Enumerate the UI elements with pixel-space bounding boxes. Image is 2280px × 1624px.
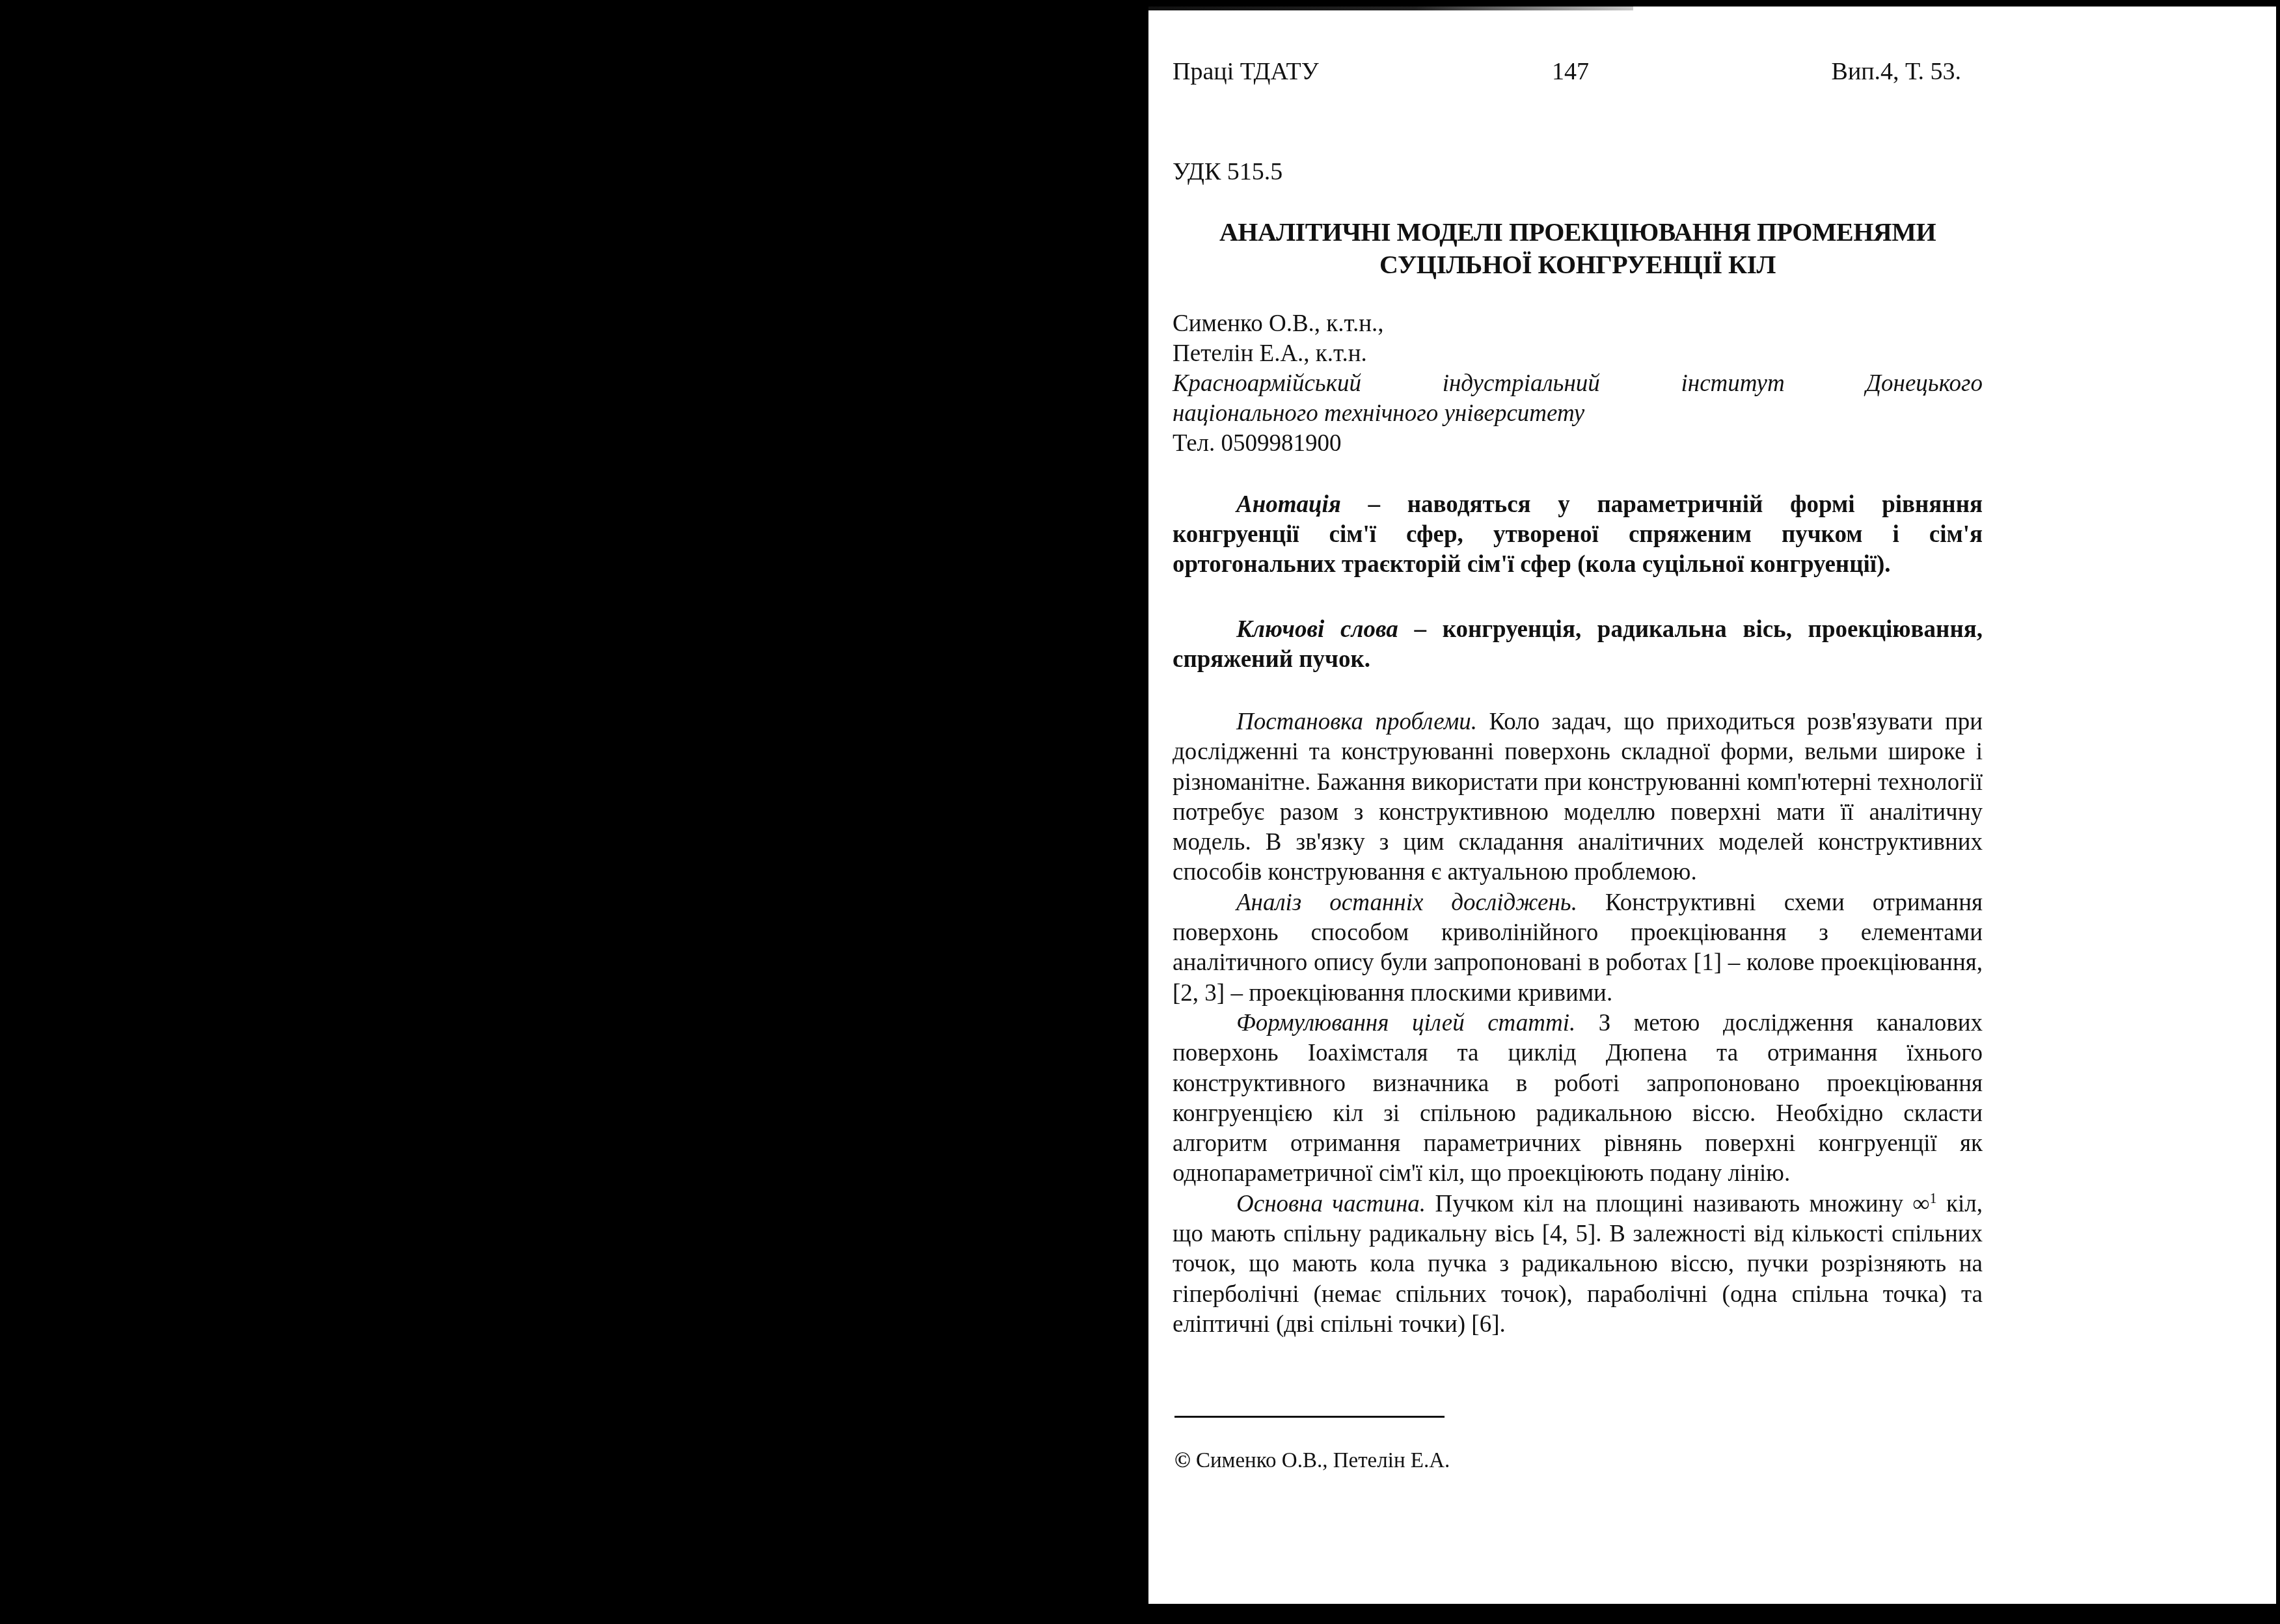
affiliation-word: інститут [1681, 369, 1785, 399]
phone: Тел. 0509981900 [1173, 429, 1983, 459]
affiliation-line-2: національного технічного університету [1173, 399, 1983, 429]
udk-code: УДК 515.5 [1173, 157, 1282, 186]
abstract: Анотація – наводяться у параметричній фо… [1173, 490, 1983, 580]
footnote-rule [1174, 1416, 1445, 1418]
section-text: Пучком кіл на площині називають множину … [1426, 1191, 1929, 1217]
article-title: АНАЛІТИЧНІ МОДЕЛІ ПРОЕКЦІЮВАННЯ ПРОМЕНЯМ… [1173, 216, 1983, 281]
title-line-2: СУЦІЛЬНОЇ КОНГРУЕНЦІЇ КІЛ [1173, 249, 1983, 281]
copyright-icon: © [1174, 1449, 1191, 1472]
copyright-footnote: © Сименко О.В., Петелін Е.А. [1174, 1448, 1450, 1474]
authors-block: Сименко О.В., к.т.н., Петелін Е.А., к.т.… [1173, 309, 1983, 459]
section-main-part: Основна частина. Пучком кіл на площині н… [1173, 1189, 1983, 1340]
issue-info: Вип.4, Т. 53. [1832, 57, 1961, 86]
section-literature-review: Аналіз останніх досліджень. Конструктивн… [1173, 888, 1983, 1008]
section-problem-statement: Постановка проблеми. Коло задач, що прих… [1173, 707, 1983, 888]
abstract-label: Анотація [1236, 491, 1341, 518]
section-objectives: Формулювання цілей статті. З метою дослі… [1173, 1008, 1983, 1189]
section-label: Постановка проблеми. [1236, 709, 1477, 735]
scan-right-edge [2276, 7, 2280, 1604]
section-label: Формулювання цілей статті. [1236, 1010, 1575, 1036]
journal-name: Праці ТДАТУ [1173, 57, 1319, 86]
keywords-label: Ключові слова [1236, 616, 1398, 643]
author-1: Сименко О.В., к.т.н., [1173, 309, 1983, 339]
section-label: Основна частина. [1236, 1191, 1426, 1217]
affiliation-word: Донецького [1866, 369, 1983, 399]
affiliation-word: Красноармійський [1173, 369, 1361, 399]
article-body: Постановка проблеми. Коло задач, що прих… [1173, 707, 1983, 1340]
copyright-text: Сименко О.В., Петелін Е.А. [1191, 1449, 1450, 1472]
affiliation-line-1: Красноармійський індустріальний інститут… [1173, 369, 1983, 399]
superscript: 1 [1930, 1189, 1937, 1206]
author-2: Петелін Е.А., к.т.н. [1173, 339, 1983, 369]
keywords: Ключові слова – конгруенція, радикальна … [1173, 615, 1983, 675]
section-label: Аналіз останніх досліджень. [1236, 889, 1577, 916]
affiliation-word: індустріальний [1443, 369, 1600, 399]
title-line-1: АНАЛІТИЧНІ МОДЕЛІ ПРОЕКЦІЮВАННЯ ПРОМЕНЯМ… [1173, 216, 1983, 249]
page-number: 147 [1552, 57, 1589, 86]
scan-top-rule [1148, 7, 1633, 10]
document-page: Праці ТДАТУ 147 Вип.4, Т. 53. УДК 515.5 … [1148, 7, 2276, 1604]
